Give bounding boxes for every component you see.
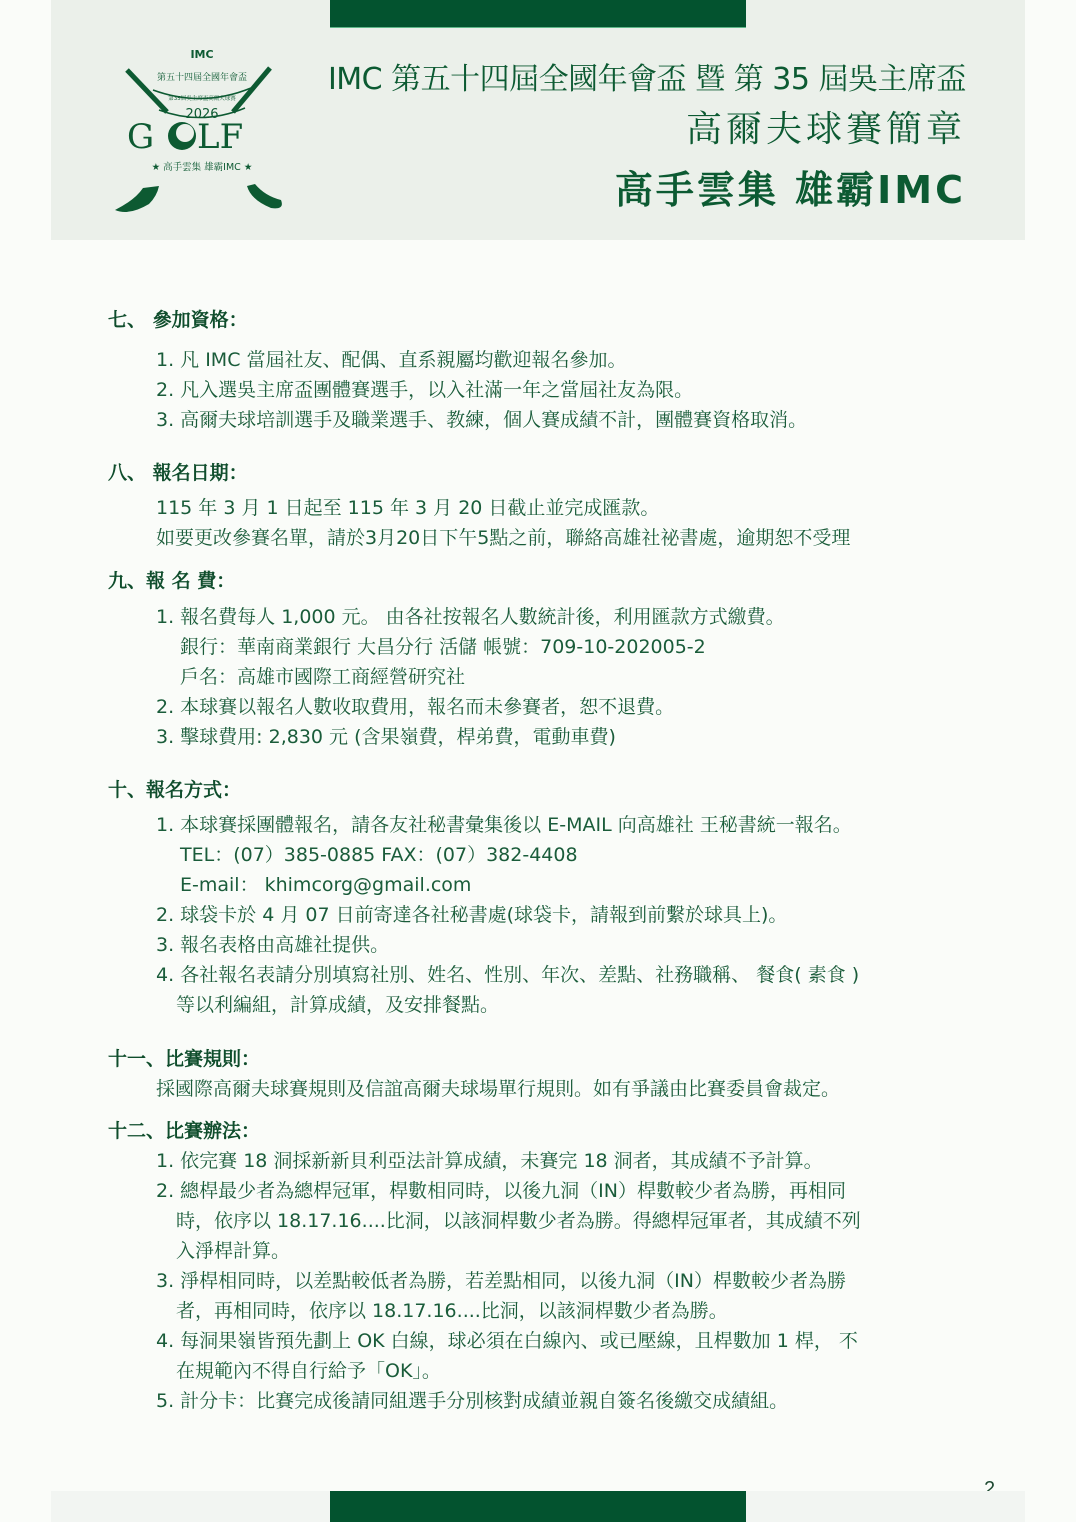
contact-phone-fax: TEL：(07）385-0885 FAX：(07）382-4408 <box>108 840 968 870</box>
list-item: 3. 高爾夫球培訓選手及職業選手、教練，個人賽成績不計，團體賽資格取消。 <box>108 405 968 435</box>
list-item: 2. 凡入選吳主席盃團體賽選手，以入社滿一年之當屆社友為限。 <box>108 375 968 405</box>
svg-text:第五十四屆全國年會盃: 第五十四屆全國年會盃 <box>157 71 247 83</box>
list-item-continued: 在規範內不得自行給予「OK」。 <box>108 1356 968 1386</box>
list-item: 3. 報名表格由高雄社提供。 <box>108 930 968 960</box>
svg-text:第35屆吳主席盃高爾夫球賽: 第35屆吳主席盃高爾夫球賽 <box>168 94 236 102</box>
golf-logo: IMC 第五十四屆全國年會盃 第35屆吳主席盃高爾夫球賽 2026 G LF ★… <box>105 40 300 220</box>
section-heading: 十二、比賽辦法： <box>108 1116 968 1146</box>
event-title: IMC 第五十四屆全國年會盃 暨 第 35 屆吳主席盃 <box>328 58 966 102</box>
list-item-continued: 入淨桿計算。 <box>108 1236 968 1266</box>
list-item-continued: 等以利編組，計算成績，及安排餐點。 <box>108 990 968 1020</box>
list-item: 115 年 3 月 1 日起至 115 年 3 月 20 日截止並完成匯款。 <box>108 493 968 523</box>
top-accent-bar <box>330 0 746 28</box>
list-item-continued: 時，依序以 18.17.16....比洞，以該洞桿數少者為勝。得總桿冠軍者，其成… <box>108 1206 968 1236</box>
contact-email: E-mail： khimcorg@gmail.com <box>108 870 968 900</box>
svg-text:G: G <box>127 117 154 157</box>
bottom-accent-bar <box>330 1491 746 1522</box>
svg-text:IMC: IMC <box>190 48 213 61</box>
account-name: 戶名：高雄市國際工商經營研究社 <box>108 662 968 692</box>
section-eligibility: 七、 參加資格： 1. 凡 IMC 當屆社友、配偶、直系親屬均歡迎報名參加。 2… <box>108 305 968 435</box>
section-heading: 七、 參加資格： <box>108 305 968 335</box>
section-heading: 十、報名方式： <box>108 775 968 805</box>
section-registration-fee: 九、報 名 費： 1. 報名費每人 1,000 元。 由各社按報名人數統計後，利… <box>108 566 968 752</box>
svg-text:LF: LF <box>197 117 243 157</box>
section-heading: 九、報 名 費： <box>108 566 968 596</box>
list-item: 如要更改參賽名單，請於3月20日下午5點之前，聯絡高雄社祕書處，逾期恕不受理 <box>108 523 968 553</box>
svg-text:★ 高手雲集 雄霸IMC ★: ★ 高手雲集 雄霸IMC ★ <box>152 161 253 173</box>
list-item: 1. 報名費每人 1,000 元。 由各社按報名人數統計後，利用匯款方式繳費。 <box>108 602 968 632</box>
bank-info: 銀行：華南商業銀行 大昌分行 活儲 帳號：709-10-202005-2 <box>108 632 968 662</box>
list-item: 5. 計分卡：比賽完成後請同組選手分別核對成績並親自簽名後繳交成績組。 <box>108 1386 968 1416</box>
list-item-continued: 者，再相同時，依序以 18.17.16....比洞，以該洞桿數少者為勝。 <box>108 1296 968 1326</box>
section-registration-date: 八、 報名日期： 115 年 3 月 1 日起至 115 年 3 月 20 日截… <box>108 458 968 553</box>
title-block: IMC 第五十四屆全國年會盃 暨 第 35 屆吳主席盃 高爾夫球賽簡章 高手雲集… <box>328 58 966 218</box>
document-body: 七、 參加資格： 1. 凡 IMC 當屆社友、配偶、直系親屬均歡迎報名參加。 2… <box>108 300 968 1416</box>
list-item: 2. 本球賽以報名人數收取費用，報名而未參賽者，恕不退費。 <box>108 692 968 722</box>
list-item: 4. 各社報名表請分別填寫社別、姓名、性別、年次、差點、社務職稱、 餐食( 素食… <box>108 960 968 990</box>
section-registration-method: 十、報名方式： 1. 本球賽採團體報名，請各友社秘書彙集後以 E-MAIL 向高… <box>108 775 968 1020</box>
section-heading: 十一、比賽規則： <box>108 1044 968 1074</box>
list-item: 2. 球袋卡於 4 月 07 日前寄達各社秘書處(球袋卡，請報到前繫於球具上)。 <box>108 900 968 930</box>
list-item: 1. 依完賽 18 洞採新新貝利亞法計算成績，未賽完 18 洞者，其成績不予計算… <box>108 1146 968 1176</box>
document-title: 高爾夫球賽簡章 <box>328 104 966 156</box>
list-item: 採國際高爾夫球賽規則及信誼高爾夫球場單行規則。如有爭議由比賽委員會裁定。 <box>108 1074 968 1104</box>
list-item: 1. 凡 IMC 當屆社友、配偶、直系親屬均歡迎報名參加。 <box>108 345 968 375</box>
slogan: 高手雲集 雄霸IMC <box>328 162 966 218</box>
list-item: 3. 擊球費用: 2,830 元 (含果嶺費，桿弟費，電動車費) <box>108 722 968 752</box>
section-rules: 十一、比賽規則： 採國際高爾夫球賽規則及信誼高爾夫球場單行規則。如有爭議由比賽委… <box>108 1044 968 1104</box>
list-item: 1. 本球賽採團體報名，請各友社秘書彙集後以 E-MAIL 向高雄社 王秘書統一… <box>108 810 968 840</box>
list-item: 3. 淨桿相同時，以差點較低者為勝，若差點相同，以後九洞（IN）桿數較少者為勝 <box>108 1266 968 1296</box>
section-heading: 八、 報名日期： <box>108 458 968 488</box>
golf-clubs-icon: IMC 第五十四屆全國年會盃 第35屆吳主席盃高爾夫球賽 2026 G LF ★… <box>105 40 300 220</box>
list-item: 4. 每洞果嶺皆預先劃上 OK 白線，球必須在白線內、或已壓線，且桿數加 1 桿… <box>108 1326 968 1356</box>
section-scoring-method: 十二、比賽辦法： 1. 依完賽 18 洞採新新貝利亞法計算成績，未賽完 18 洞… <box>108 1116 968 1416</box>
list-item: 2. 總桿最少者為總桿冠軍，桿數相同時，以後九洞（IN）桿數較少者為勝，再相同 <box>108 1176 968 1206</box>
